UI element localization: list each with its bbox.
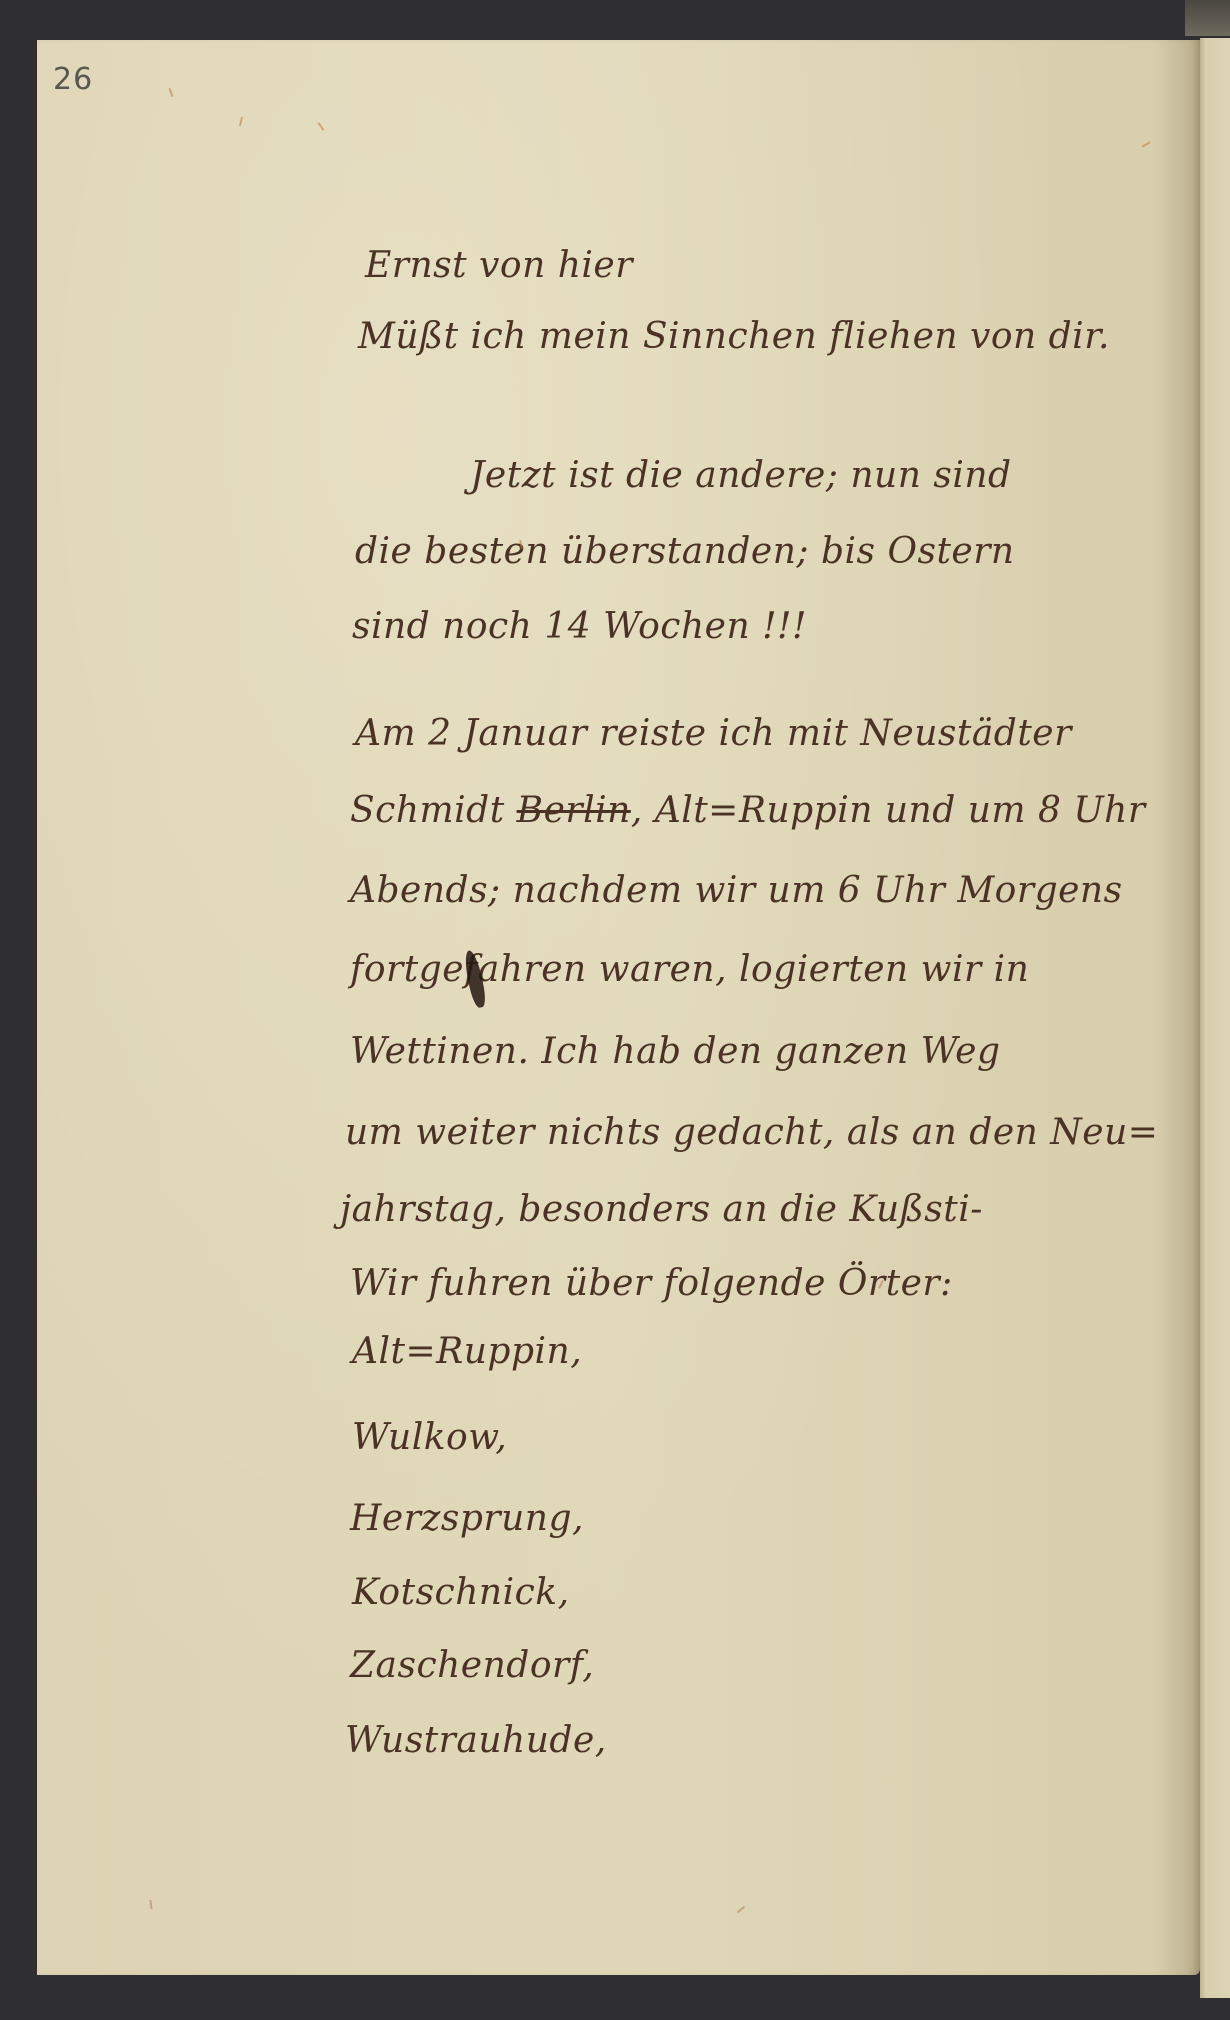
text-line-5: sind noch 14 Wochen !!! [352,606,807,647]
place-list-item-5: Zaschendorf, [350,1645,594,1686]
binding-spine [1185,0,1230,36]
text-line-10: Wettinen. Ich hab den ganzen Weg [350,1031,1001,1072]
text-line-1: Ernst von hier [365,245,633,286]
text-line-6: Am 2 Januar reiste ich mit Neustädter [355,713,1072,754]
struck-word: Berlin [517,790,631,831]
text-line-2: Müßt ich mein Sinnchen fliehen von dir. [358,316,1110,357]
manuscript-scan: 26 Ernst von hier Müßt ich mein Sinnchen… [0,0,1230,2020]
text-line-7: Schmidt Berlin, Alt=Ruppin und um 8 Uhr [350,790,1146,831]
place-list-item-1: Alt=Ruppin, [352,1331,582,1372]
place-list-item-6: Wustrauhude, [345,1720,607,1761]
text-line-3: Jetzt ist die andere; nun sind [470,455,1012,496]
place-list-item-3: Herzsprung, [350,1498,584,1539]
text-line-7-end: , Alt=Ruppin und um 8 Uhr [631,790,1146,831]
adjacent-leaf-edge [1200,38,1230,1998]
text-line-11: um weiter nichts gedacht, als an den Neu… [345,1112,1158,1153]
text-line-4: die besten überstanden; bis Ostern [355,531,1015,572]
place-list-item-2: Wulkow, [352,1417,507,1458]
text-line-13: Wir fuhren über folgende Örter: [350,1263,953,1304]
text-line-7-start: Schmidt [350,790,517,831]
text-line-9: fortgefahren waren, logierten wir in [350,949,1029,990]
place-list-item-4: Kotschnick, [352,1572,570,1613]
folio-number: 26 [53,62,93,97]
text-line-12: jahrstag, besonders an die Kußsti- [340,1189,983,1230]
text-line-8: Abends; nachdem wir um 6 Uhr Morgens [350,870,1123,911]
